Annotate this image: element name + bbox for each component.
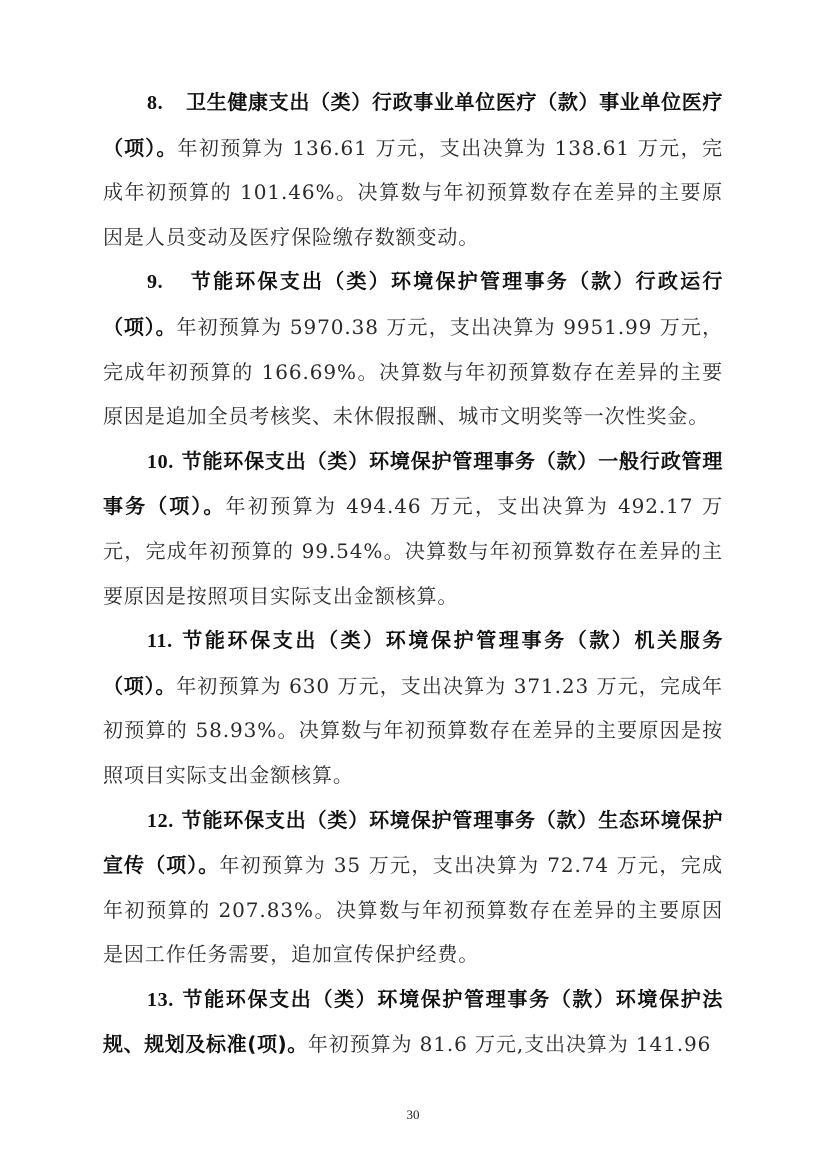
item-number: 11. (147, 630, 173, 652)
item-body: 年初预算为 136.61 万元，支出决算为 138.61 万元，完成年初预算的 … (103, 136, 723, 249)
item-number: 8. (147, 92, 163, 114)
paragraph-item-9: 9. 节能环保支出（类）环境保护管理事务（款）行政运行（项）。年初预算为 597… (103, 259, 723, 438)
paragraph-item-12: 12. 节能环保支出（类）环境保护管理事务（款）生态环境保护宣传（项）。年初预算… (103, 798, 723, 977)
paragraph-item-8: 8. 卫生健康支出（类）行政事业单位医疗（款）事业单位医疗（项）。年初预算为 1… (103, 80, 723, 259)
item-body: 年初预算为 630 万元，支出决算为 371.23 万元，完成年初预算的 58.… (103, 674, 723, 787)
page-number: 30 (0, 1107, 826, 1123)
paragraph-item-11: 11. 节能环保支出（类）环境保护管理事务（款）机关服务（项）。年初预算为 63… (103, 618, 723, 797)
item-body: 年初预算为 5970.38 万元，支出决算为 9951.99 万元，完成年初预算… (103, 315, 723, 428)
item-number: 13. (147, 989, 174, 1011)
paragraph-item-13: 13. 节能环保支出（类）环境保护管理事务（款）环境保护法规、规划及标准(项)。… (103, 977, 723, 1067)
paragraph-item-10: 10. 节能环保支出（类）环境保护管理事务（款）一般行政管理事务（项）。年初预算… (103, 439, 723, 618)
document-page: 8. 卫生健康支出（类）行政事业单位医疗（款）事业单位医疗（项）。年初预算为 1… (0, 0, 826, 1169)
item-body: 年初预算为 81.6 万元,支出决算为 141.96 (308, 1032, 711, 1056)
item-number: 10. (147, 451, 174, 473)
document-body: 8. 卫生健康支出（类）行政事业单位医疗（款）事业单位医疗（项）。年初预算为 1… (103, 80, 723, 1067)
item-number: 12. (147, 810, 174, 832)
item-number: 9. (147, 271, 163, 293)
